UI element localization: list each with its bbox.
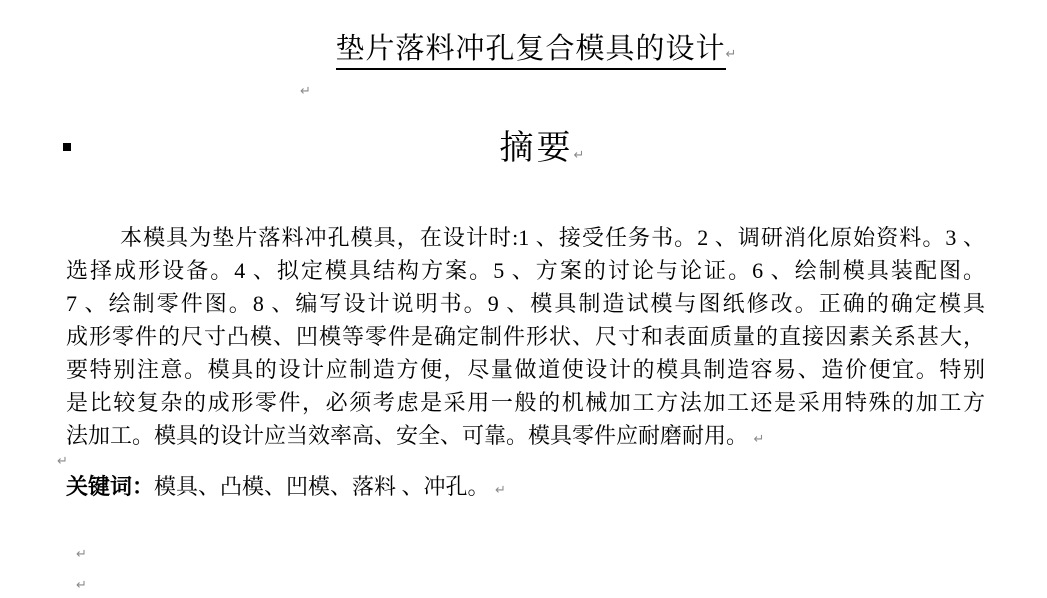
empty-paragraph: ↵	[76, 576, 87, 594]
document-title: 垫片落料冲孔复合模具的设计	[336, 33, 726, 70]
document-title-line: 垫片落料冲孔复合模具的设计↵	[0, 26, 1047, 67]
empty-paragraph: ↵	[76, 545, 87, 563]
pilcrow-mark-icon: ↵	[300, 84, 311, 99]
empty-paragraph: ↵	[300, 82, 311, 100]
body-line: 法加工。模具的设计应当效率高、安全、可靠。模具零件应耐磨耐用。 ↵	[66, 419, 985, 456]
body-line-text: 法加工。模具的设计应当效率高、安全、可靠。模具零件应耐磨耐用。	[66, 423, 748, 448]
body-line: 要特别注意。模具的设计应制造方便，尽量做道使设计的模具制造容易、造价便宜。特别	[66, 353, 985, 386]
pilcrow-mark-icon: ↵	[574, 148, 588, 163]
pilcrow-mark-icon: ↵	[57, 454, 68, 469]
pilcrow-mark-icon: ↵	[76, 578, 87, 593]
keywords-label: 关键词：	[66, 474, 154, 499]
keywords-text: 模具、凸模、凹模、落料 、冲孔。	[154, 474, 490, 499]
document-page: 垫片落料冲孔复合模具的设计↵ ↵ 摘要↵ 本模具为垫片落料冲孔模具，在设计时:1…	[0, 0, 1047, 598]
body-line: 选择成形设备。4 、拟定模具结构方案。5 、方案的讨论与论证。6 、绘制模具装配…	[66, 254, 985, 287]
body-line: 是比较复杂的成形零件，必须考虑是采用一般的机械加工方法加工还是采用特殊的加工方	[66, 386, 985, 419]
body-line: 本模具为垫片落料冲孔模具，在设计时:1 、接受任务书。2 、调研消化原始资料。3…	[66, 221, 985, 254]
pilcrow-mark-icon: ↵	[726, 47, 738, 62]
keywords-line: 关键词：模具、凸模、凹模、落料 、冲孔。 ↵	[66, 470, 506, 507]
abstract-heading-line: 摘要↵	[0, 120, 1047, 169]
pilcrow-mark-icon: ↵	[495, 474, 506, 507]
pilcrow-mark-icon: ↵	[754, 423, 765, 456]
body-line: 7 、绘制零件图。8 、编写设计说明书。9 、模具制造试模与图纸修改。正确的确定…	[66, 287, 985, 320]
body-line: 成形零件的尺寸凸模、凹模等零件是确定制件形状、尺寸和表面质量的直接因素关系甚大，	[66, 320, 985, 353]
abstract-heading: 摘要	[500, 130, 574, 167]
abstract-body-paragraph: 本模具为垫片落料冲孔模具，在设计时:1 、接受任务书。2 、调研消化原始资料。3…	[66, 221, 985, 456]
empty-paragraph: ↵	[57, 452, 68, 470]
pilcrow-mark-icon: ↵	[76, 547, 87, 562]
